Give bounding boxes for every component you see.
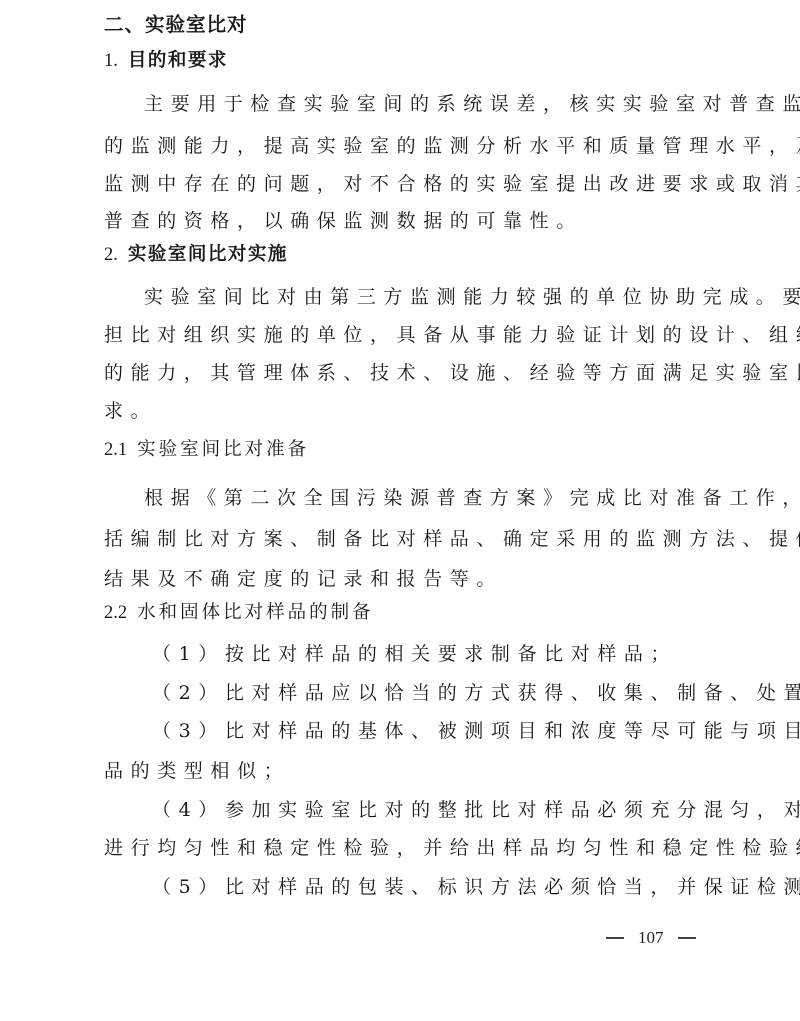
list-item: （5）比对样品的包装、标识方法必须恰当，并保证检测样品的 [152, 872, 800, 899]
paragraph-line: 根据《第二次全国污染源普查方案》完成比对准备工作，主要包 [144, 483, 800, 510]
heading-number: 2.2 [104, 603, 127, 623]
heading-2-2: 2.2水和固体比对样品的制备 [104, 598, 374, 624]
paragraph-line: 实验室间比对由第三方监测能力较强的单位协助完成。要求承 [144, 282, 800, 309]
heading-number: 2. [104, 245, 118, 265]
dash-decoration [606, 937, 624, 939]
list-item: （2）比对样品应以恰当的方式获得、收集、制备、处置和储存； [152, 678, 800, 705]
paragraph-line: 监测中存在的问题，对不合格的实验室提出改进要求或取消其参与 [104, 169, 800, 196]
heading-title: 目的和要求 [128, 50, 228, 71]
heading-title: 水和固体比对样品的制备 [137, 602, 374, 623]
list-item: （1）按比对样品的相关要求制备比对样品； [152, 639, 677, 666]
page-footer: 107 [606, 928, 696, 948]
heading-2-1: 2.1实验室间比对准备 [104, 435, 309, 461]
paragraph-line: 结果及不确定度的记录和报告等。 [104, 564, 503, 591]
heading-1: 1.目的和要求 [104, 46, 228, 72]
heading-title: 实验室间比对实施 [128, 244, 288, 265]
paragraph-line: 括编制比对方案、制备比对样品、确定采用的监测方法、提供对监测 [104, 524, 800, 551]
paragraph-line: 普查的资格，以确保监测数据的可靠性。 [104, 206, 583, 233]
paragraph-line: 担比对组织实施的单位，具备从事能力验证计划的设计、组织和实施 [104, 320, 800, 347]
section-heading: 二、实验室比对 [104, 9, 248, 37]
list-item: （3）比对样品的基体、被测项目和浓度等尽可能与项目检测样 [152, 716, 800, 743]
dash-decoration [678, 937, 696, 939]
page-number: 107 [638, 928, 664, 948]
heading-number: 2.1 [104, 440, 127, 460]
list-item: （4）参加实验室比对的整批比对样品必须充分混匀，对样品要 [152, 795, 800, 822]
heading-title: 实验室间比对准备 [137, 439, 309, 460]
heading-2: 2.实验室间比对实施 [104, 240, 288, 266]
paragraph-line: 求。 [104, 396, 157, 423]
paragraph-line: 的监测能力，提高实验室的监测分析水平和质量管理水平，及早发现 [104, 131, 800, 158]
paragraph-line: 主要用于检查实验室间的系统误差，核实实验室对普查监测项目 [144, 89, 800, 116]
heading-number: 1. [104, 51, 118, 71]
list-item-continuation: 进行均匀性和稳定性检验，并给出样品均匀性和稳定性检验结果； [104, 833, 800, 860]
list-item-continuation: 品的类型相似； [104, 756, 290, 783]
paragraph-line: 的能力，其管理体系、技术、设施、经验等方面满足实验室比对的要 [104, 358, 800, 385]
